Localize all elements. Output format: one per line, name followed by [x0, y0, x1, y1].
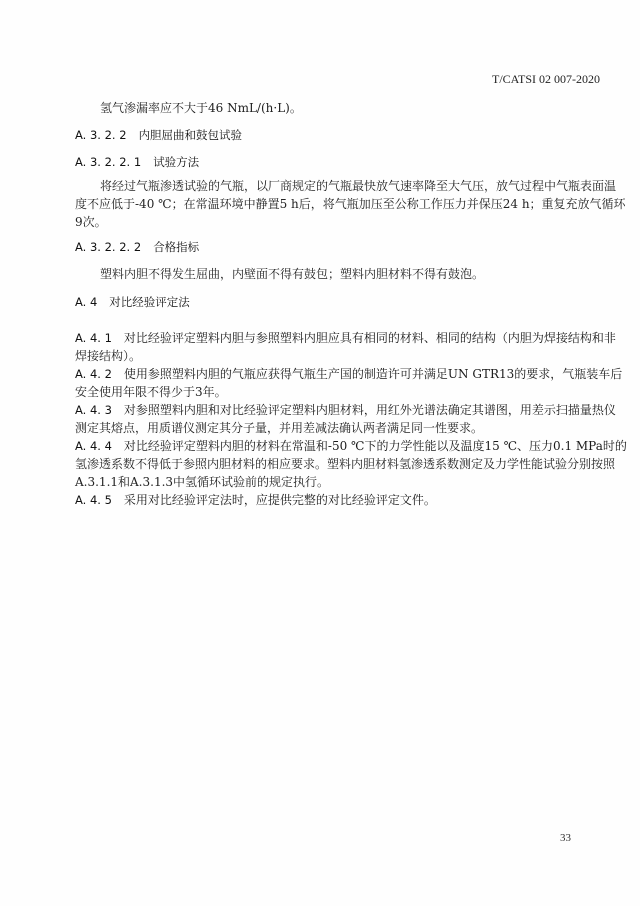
paragraph-test-method-line2: 度不应低于-40 ℃；在常温环境中静置5 h后，将气瓶加压至公称工作压力并保压2…	[75, 195, 626, 213]
clause-text: 采用对比经验评定法时，应提供完整的对比经验评定文件。	[124, 493, 436, 507]
heading-a32222: A. 3. 2. 2. 2合格指标	[75, 238, 199, 256]
clause-a43-line1: A. 4. 3对参照塑料内胆和对比经验评定塑料内胆材料，用红外光谱法确定其谱图，…	[75, 401, 616, 419]
clause-text: 对比经验评定塑料内胆与参照塑料内胆应具有相同的材料、相同的结构（内胆为焊接结构和…	[124, 331, 616, 345]
clause-a41-line2: 焊接结构）。	[75, 347, 141, 365]
heading-a32221: A. 3. 2. 2. 1试验方法	[75, 153, 199, 171]
heading-number: A. 3. 2. 2	[75, 126, 127, 144]
document-code: T/CATSI 02 007-2020	[492, 72, 600, 87]
heading-number: A. 4	[75, 293, 97, 311]
clause-a45-line1: A. 4. 5采用对比经验评定法时，应提供完整的对比经验评定文件。	[75, 491, 436, 509]
clause-text: 对比经验评定塑料内胆的材料在常温和-50 ℃下的力学性能以及温度15 ℃、压力0…	[124, 439, 627, 453]
paragraph-test-method-line3: 9次。	[75, 213, 107, 231]
clause-a44-line3: A.3.1.1和A.3.1.3中氢循环试验前的规定执行。	[75, 473, 329, 491]
clause-a44-line1: A. 4. 4对比经验评定塑料内胆的材料在常温和-50 ℃下的力学性能以及温度1…	[75, 437, 627, 455]
clause-a43-line2: 测定其熔点，用质谱仪测定其分子量，并用差减法确认两者满足同一性要求。	[75, 419, 483, 437]
heading-title: 合格指标	[153, 240, 199, 254]
paragraph-acceptance: 塑料内胆不得发生屈曲，内壁面不得有鼓包；塑料内胆材料不得有鼓泡。	[100, 265, 484, 283]
paragraph-hydrogen-leak: 氢气渗漏率应不大于46 NmL/(h·L)。	[100, 99, 302, 117]
clause-text: 使用参照塑料内胆的气瓶应获得气瓶生产国的制造许可并满足UN GTR13的要求，气…	[124, 367, 622, 381]
heading-a3222: A. 3. 2. 2内胆屈曲和鼓包试验	[75, 126, 242, 144]
heading-title: 对比经验评定法	[109, 295, 190, 309]
heading-title: 内胆屈曲和鼓包试验	[139, 128, 243, 142]
paragraph-test-method-line1: 将经过气瓶渗透试验的气瓶，以厂商规定的气瓶最快放气速率降至大气压，放气过程中气瓶…	[100, 177, 616, 195]
heading-title: 试验方法	[153, 155, 199, 169]
heading-a4: A. 4对比经验评定法	[75, 293, 190, 311]
clause-text: 对参照塑料内胆和对比经验评定塑料内胆材料，用红外光谱法确定其谱图，用差示扫描量热…	[124, 403, 616, 417]
page-number: 33	[560, 832, 571, 844]
clause-number: A. 4. 3	[75, 403, 112, 417]
clause-number: A. 4. 1	[75, 331, 112, 345]
clause-a42-line2: 安全使用年限不得少于3年。	[75, 383, 227, 401]
clause-number: A. 4. 5	[75, 493, 112, 507]
clause-number: A. 4. 4	[75, 439, 112, 453]
heading-number: A. 3. 2. 2. 1	[75, 153, 141, 171]
document-page: T/CATSI 02 007-2020 氢气渗漏率应不大于46 NmL/(h·L…	[0, 0, 640, 906]
clause-a44-line2: 氢渗透系数不得低于参照内胆材料的相应要求。塑料内胆材料氢渗透系数测定及力学性能试…	[75, 455, 615, 473]
clause-a42-line1: A. 4. 2使用参照塑料内胆的气瓶应获得气瓶生产国的制造许可并满足UN GTR…	[75, 365, 622, 383]
heading-number: A. 3. 2. 2. 2	[75, 238, 141, 256]
clause-number: A. 4. 2	[75, 367, 112, 381]
clause-a41-line1: A. 4. 1对比经验评定塑料内胆与参照塑料内胆应具有相同的材料、相同的结构（内…	[75, 329, 616, 347]
